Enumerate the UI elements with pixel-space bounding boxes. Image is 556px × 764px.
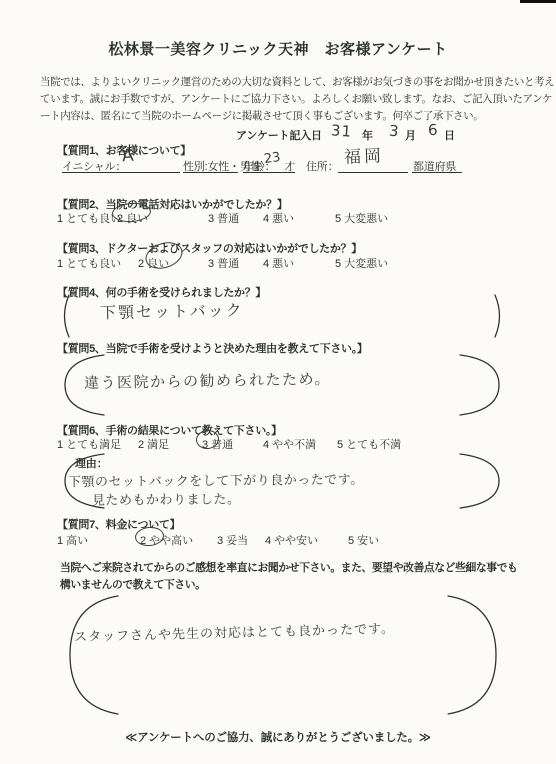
q1-initial-underline: [62, 172, 180, 173]
q6-option-2: 2 満足: [138, 436, 169, 452]
q7-option-4: 4 やや安い: [265, 532, 318, 548]
q2-option-3: 3 普通: [208, 210, 239, 226]
date-year-handwritten: 31: [330, 121, 352, 140]
q1-prefecture-underline: [412, 172, 462, 173]
comment-prompt-line1: 当院へご来院されてからのご感想を率直にお聞かせ下さい。また、要望や改善点など些細…: [60, 560, 517, 575]
date-label: アンケート記入日: [236, 127, 322, 143]
right-paren-icon: [446, 592, 508, 718]
intro-line-1: 当院では、よりよいクリニック運営のための大切な資料として、お客様がお気づきの事を…: [40, 74, 554, 89]
q1-initial-handwritten: A: [121, 146, 134, 167]
q7-option-3: 3 妥当: [217, 532, 248, 548]
q7-option-1: 1 高い: [57, 532, 88, 548]
q3-option-5: 5 大変悪い: [335, 255, 388, 271]
left-paren-icon: [56, 293, 72, 339]
date-year-unit: 年: [362, 127, 373, 143]
q7-option-5: 5 安い: [348, 532, 379, 548]
q6-option-5: 5 とても不満: [337, 436, 401, 452]
comment-prompt-line2: 構いませんので教えて下さい。: [60, 577, 206, 592]
intro-line-2: ています。誠にお手数ですが、アンケートにご協力下さい。よろしくお願い致します。な…: [40, 91, 552, 106]
right-paren-icon: [492, 293, 508, 339]
q2-option-5: 5 大変悪い: [335, 210, 388, 226]
q4-answer-handwritten: 下顎セットバック: [100, 298, 244, 324]
q3-header: 【質問3、ドクターおよびスタッフの対応はいかがでしたか？】: [57, 240, 362, 256]
q1-gender-underline: [183, 172, 238, 173]
survey-scan-page: 松林景一美容クリニック天神 お客様アンケート 当院では、よりよいクリニック運営の…: [0, 0, 556, 764]
q1-age-handwritten: 23: [263, 150, 281, 167]
q1-address-underline: [338, 172, 408, 173]
q1-address-label: 住所：: [306, 158, 338, 174]
q3-option-3: 3 普通: [208, 255, 239, 271]
q7-header: 【質問7、料金について】: [57, 516, 180, 532]
date-day-unit: 日: [444, 127, 455, 143]
page-title: 松林景一美容クリニック天神 お客様アンケート: [0, 38, 556, 59]
right-paren-icon: [458, 352, 508, 418]
intro-line-3: ート内容は、匿名にて当院のホームページに掲載させて頂く事もございます。何卒ご了承…: [40, 108, 483, 123]
q6-option-1: 1 とても満足: [57, 436, 121, 452]
date-day-handwritten: 6: [428, 121, 438, 139]
footer-thanks: ≪アンケートへのご協力、誠にありがとうございました。≫: [0, 729, 556, 745]
q6-option-4: 4 やや不満: [263, 436, 316, 452]
q6-reason-line1-handwritten: 下顎のセットバックをして下がり良かったです。: [68, 469, 364, 491]
q6-reason-line2-handwritten: 見ためもかわりました。: [92, 488, 241, 508]
scan-edge-artifact: [520, 0, 556, 3]
right-paren-icon: [458, 451, 508, 511]
date-month-unit: 月: [405, 127, 416, 143]
q5-answer-handwritten: 違う医院からの勧められたため。: [84, 368, 331, 393]
q3-option-1: 1 とても良い: [57, 255, 121, 271]
q1-age-underline: [243, 172, 295, 173]
q3-option-4: 4 悪い: [263, 255, 294, 271]
left-paren-icon: [58, 592, 120, 718]
comment-brackets: [58, 592, 508, 718]
q2-option-4: 4 悪い: [263, 210, 294, 226]
q1-address-handwritten: 福岡: [344, 141, 385, 167]
date-month-handwritten: 3: [388, 122, 399, 141]
q6-reason-label: 理由：: [75, 455, 107, 471]
